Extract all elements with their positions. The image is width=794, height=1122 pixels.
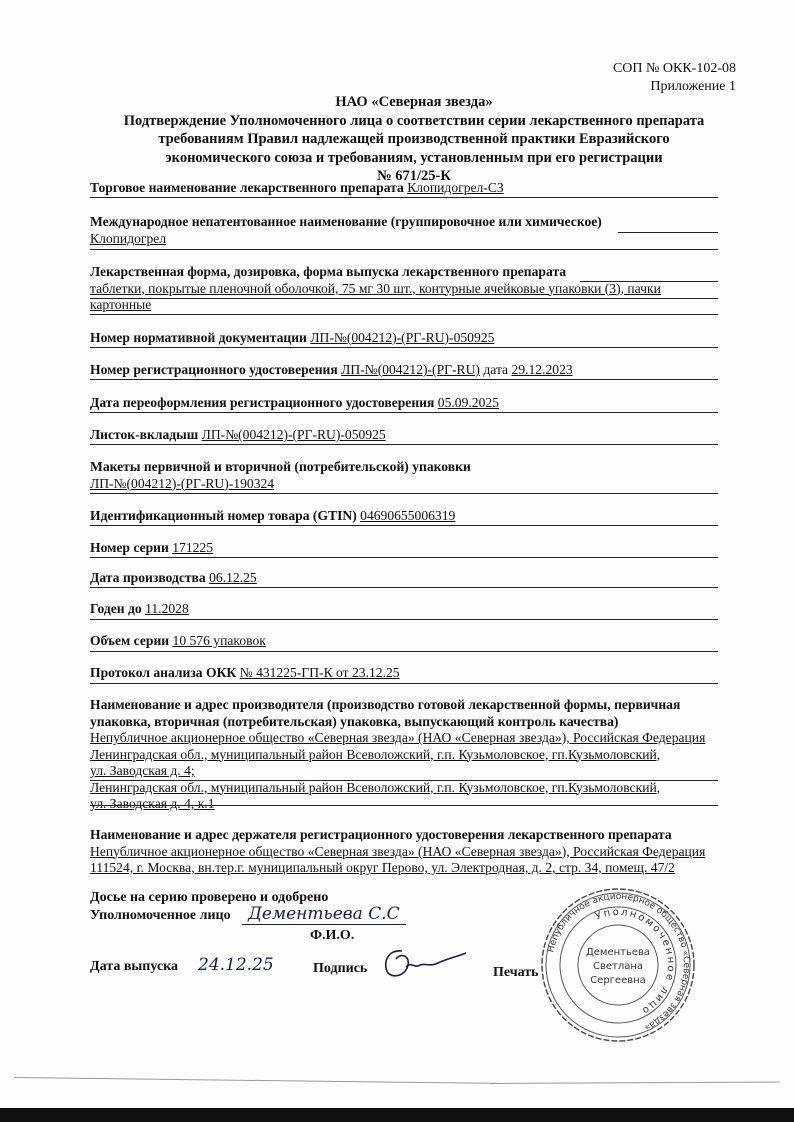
field-label: Торговое наименование лекарственного пре…	[90, 180, 404, 195]
field-value: картонные	[90, 297, 718, 314]
approval-block: Досье на серию проверено и одобрено Упол…	[90, 890, 406, 924]
stamp-seal-icon: Непубличное акционерное общество «Северн…	[538, 885, 698, 1045]
underline-rule	[90, 619, 718, 620]
field-value: ЛП-№(004212)-(РГ-RU)-050925	[202, 427, 386, 442]
field-label: Номер серии	[90, 540, 169, 555]
field-value: ЛП-№(004212)-(РГ-RU)	[341, 362, 480, 377]
document-title: НАО «Северная звезда» Подтверждение Упол…	[84, 93, 744, 186]
field-value: 04690655006319	[360, 508, 455, 523]
field-batch-volume: Объем серии 10 576 упаковок	[90, 633, 718, 650]
underline-rule	[90, 805, 718, 806]
fio-caption: Ф.И.О.	[310, 928, 354, 944]
release-date-label: Дата выпуска	[90, 959, 178, 975]
field-reg-certificate: Номер регистрационного удостоверения ЛП-…	[90, 362, 718, 379]
underline-rule	[90, 557, 718, 558]
field-batch-number: Номер серии 171225	[90, 540, 718, 557]
title-line: Подтверждение Уполномоченного лица о соо…	[84, 112, 744, 131]
underline-rule	[90, 379, 718, 380]
company-name: НАО «Северная звезда»	[84, 93, 744, 112]
holder-line: 111524, г. Москва, вн.тер.г. муниципальн…	[90, 860, 718, 877]
manufacturer-line: Непубличное акционерное общество «Северн…	[90, 730, 718, 747]
field-normative-doc: Номер нормативной документации ЛП-№(0042…	[90, 330, 718, 347]
field-label: Листок-вкладыш	[90, 427, 198, 442]
underline-rule	[90, 249, 718, 250]
underline-rule	[90, 298, 718, 299]
field-value: Клопидогрел-СЗ	[407, 180, 504, 195]
field-label: Международное непатентованное наименован…	[90, 214, 718, 231]
manufacturer-line: ул. Заводская д. 4;	[90, 763, 718, 780]
title-line: экономического союза и требованиям, уста…	[84, 149, 744, 168]
field-analysis-protocol: Протокол анализа ОКК № 431225-ГП-К от 23…	[90, 665, 718, 682]
field-packaging-mockups: Макеты первичной и вторичной (потребител…	[90, 459, 718, 492]
field-value: 11.2028	[145, 601, 189, 616]
field-label: Номер нормативной документации	[90, 330, 307, 345]
underline-rule	[90, 587, 718, 588]
field-label: Лекарственная форма, дозировка, форма вы…	[90, 264, 718, 281]
sop-number: СОП № ОКК-102-08	[613, 60, 736, 78]
underline-rule	[90, 197, 718, 198]
field-label: Дата переоформления регистрационного удо…	[90, 395, 434, 410]
field-gtin: Идентификационный номер товара (GTIN) 04…	[90, 508, 718, 525]
manufacturer-line: Ленинградская обл., муниципальный район …	[90, 780, 718, 797]
official-stamp: Непубличное акционерное общество «Северн…	[538, 885, 698, 1045]
svg-text:Сергеевна: Сергеевна	[590, 975, 646, 986]
field-value: 06.12.25	[209, 570, 257, 585]
date-label: дата	[483, 362, 508, 377]
underline-rule	[90, 314, 718, 315]
svg-text:Светлана: Светлана	[593, 961, 643, 972]
field-trade-name: Торговое наименование лекарственного пре…	[90, 180, 718, 197]
scan-edge-line	[490, 1081, 780, 1084]
field-value: № 431225-ГП-К от 23.12.25	[240, 665, 400, 680]
underline-rule	[90, 780, 718, 781]
document-reference: СОП № ОКК-102-08 Приложение 1	[613, 60, 736, 96]
underline-rule	[90, 347, 718, 348]
underline-rule	[618, 232, 718, 233]
field-value: таблетки, покрытые пленочной оболочкой, …	[90, 281, 718, 298]
release-date-handwritten: 24.12.25	[198, 955, 274, 975]
signature-label: Подпись	[313, 961, 367, 977]
underline-rule	[90, 412, 718, 413]
field-value: 10 576 упаковок	[173, 633, 266, 648]
field-label: Макеты первичной и вторичной (потребител…	[90, 459, 718, 476]
signature-mark	[380, 945, 470, 986]
field-label: Протокол анализа ОКК	[90, 665, 236, 680]
field-leaflet: Листок-вкладыш ЛП-№(004212)-(РГ-RU)-0509…	[90, 427, 718, 444]
field-inn: Международное непатентованное наименован…	[90, 214, 718, 247]
field-value: 171225	[172, 540, 213, 555]
field-value-date: 29.12.2023	[512, 362, 573, 377]
document-page: СОП № ОКК-102-08 Приложение 1 НАО «Север…	[0, 0, 794, 1122]
scan-border	[0, 1108, 794, 1122]
qp-handwritten-name: Дементьева С.С	[242, 904, 406, 925]
field-value: ЛП-№(004212)-(РГ-RU)-050925	[310, 330, 494, 345]
field-label: Идентификационный номер товара (GTIN)	[90, 508, 357, 523]
svg-text:Дементьева: Дементьева	[586, 947, 650, 958]
signature-icon	[380, 945, 470, 981]
field-dosage-form: Лекарственная форма, дозировка, форма вы…	[90, 264, 718, 314]
field-value: 05.09.2025	[438, 395, 499, 410]
field-value: ЛП-№(004212)-(РГ-RU)-190324	[90, 476, 718, 493]
field-label: упаковка, вторичная (потребительская) уп…	[90, 714, 718, 731]
field-expiry: Годен до 11.2028	[90, 601, 718, 618]
qp-row: Уполномоченное лицо Дементьева С.С	[90, 906, 406, 924]
qp-label: Уполномоченное лицо	[90, 908, 231, 923]
field-reissue-date: Дата переоформления регистрационного удо…	[90, 395, 718, 412]
field-label: Наименование и адрес держателя регистрац…	[90, 827, 718, 844]
field-label: Годен до	[90, 601, 142, 616]
underline-rule	[90, 651, 718, 652]
underline-rule	[90, 444, 718, 445]
field-holder: Наименование и адрес держателя регистрац…	[90, 827, 718, 877]
field-label: Номер регистрационного удостоверения	[90, 362, 338, 377]
underline-rule	[90, 493, 718, 494]
title-line: требованиям Правил надлежащей производст…	[84, 130, 744, 149]
field-label: Объем серии	[90, 633, 169, 648]
field-label: Наименование и адрес производителя (прои…	[90, 697, 718, 714]
scan-edge-line	[14, 1077, 500, 1084]
stamp-label: Печать	[493, 965, 539, 981]
field-label: Дата производства	[90, 570, 206, 585]
underline-rule	[90, 683, 718, 684]
underline-rule	[580, 281, 718, 282]
manufacturer-line: Ленинградская обл., муниципальный район …	[90, 747, 718, 764]
field-production-date: Дата производства 06.12.25	[90, 570, 718, 587]
underline-rule	[90, 525, 718, 526]
holder-line: Непубличное акционерное общество «Северн…	[90, 844, 718, 861]
field-manufacturer: Наименование и адрес производителя (прои…	[90, 697, 718, 813]
